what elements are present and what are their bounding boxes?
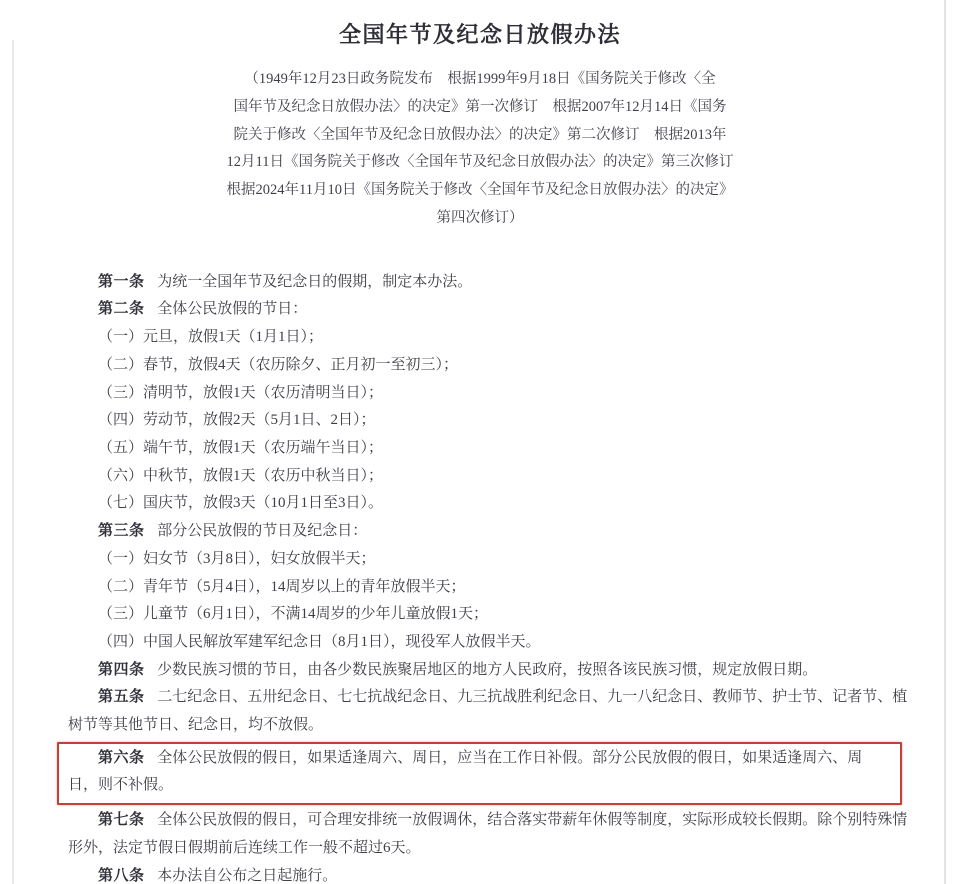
document-body: 第一条为统一全国年节及纪念日的假期，制定本办法。 第二条全体公民放假的节日： （… — [68, 269, 908, 884]
article-3-item-1: （一）妇女节（3月8日），妇女放假半天； — [68, 546, 908, 574]
article-2-item-2: （二）春节，放假4天（农历除夕、正月初一至初三）； — [68, 352, 908, 380]
article-3: 第三条部分公民放假的节日及纪念日： — [68, 518, 908, 546]
article-7: 第七条全体公民放假的假日，可合理安排统一放假调休，结合落实带薪年休假等制度，实际… — [68, 807, 908, 862]
article-1-text: 为统一全国年节及纪念日的假期，制定本办法。 — [157, 274, 472, 290]
article-2-item-7: （七）国庆节，放假3天（10月1日至3日）。 — [68, 490, 908, 518]
article-3-item-4: （四）中国人民解放军建军纪念日（8月1日），现役军人放假半天。 — [68, 629, 908, 657]
article-5-label: 第五条 — [98, 689, 145, 705]
item-text: （三）清明节，放假1天（农历清明当日）； — [98, 385, 383, 401]
item-text: （四）中国人民解放军建军纪念日（8月1日），现役军人放假半天。 — [98, 634, 541, 650]
preamble-line: 院关于修改〈全国年节及纪念日放假办法〉的决定》第二次修订 根据2013年 — [200, 122, 760, 150]
article-8-text: 本办法自公布之日起施行。 — [157, 868, 337, 884]
article-4: 第四条少数民族习惯的节日，由各少数民族聚居地区的地方人民政府，按照各该民族习惯，… — [68, 657, 908, 685]
article-3-label: 第三条 — [98, 523, 145, 539]
article-3-text: 部分公民放假的节日及纪念日： — [157, 523, 367, 539]
article-2-item-1: （一）元旦，放假1天（1月1日）； — [68, 324, 908, 352]
article-2-item-3: （三）清明节，放假1天（农历清明当日）； — [68, 380, 908, 408]
article-4-text: 少数民族习惯的节日，由各少数民族聚居地区的地方人民政府，按照各该民族习惯，规定放… — [157, 662, 817, 678]
page-edge-left — [12, 40, 14, 884]
article-2: 第二条全体公民放假的节日： — [68, 296, 908, 324]
document-title: 全国年节及纪念日放假办法 — [0, 22, 960, 48]
article-6-highlighted: 第六条全体公民放假的假日，如果适逢周六、周日，应当在工作日补假。部分公民放假的假… — [57, 742, 902, 805]
article-2-text: 全体公民放假的节日： — [157, 301, 307, 317]
preamble-line: 根据2024年11月10日《国务院关于修改〈全国年节及纪念日放假办法〉的决定》 — [200, 177, 760, 205]
article-6-text: 全体公民放假的假日，如果适逢周六、周日，应当在工作日补假。部分公民放假的假日，如… — [68, 750, 862, 794]
article-2-item-6: （六）中秋节，放假1天（农历中秋当日）； — [68, 463, 908, 491]
item-text: （一）妇女节（3月8日），妇女放假半天； — [98, 551, 376, 567]
item-text: （五）端午节，放假1天（农历端午当日）； — [98, 440, 383, 456]
item-text: （二）青年节（5月4日），14周岁以上的青年放假半天； — [98, 579, 466, 595]
article-6-label: 第六条 — [98, 750, 145, 766]
article-1: 第一条为统一全国年节及纪念日的假期，制定本办法。 — [68, 269, 908, 297]
item-text: （二）春节，放假4天（农历除夕、正月初一至初三）； — [98, 357, 458, 373]
page-edge-right — [944, 0, 946, 884]
preamble-line: 国年节及纪念日放假办法〉的决定》第一次修订 根据2007年12月14日《国务 — [200, 94, 760, 122]
article-5: 第五条二七纪念日、五卅纪念日、七七抗战纪念日、九三抗战胜利纪念日、九一八纪念日、… — [68, 684, 908, 739]
article-7-text: 全体公民放假的假日，可合理安排统一放假调休，结合落实带薪年休假等制度，实际形成较… — [68, 812, 907, 856]
article-4-label: 第四条 — [98, 662, 145, 678]
item-text: （四）劳动节，放假2天（5月1日、2日）； — [98, 412, 376, 428]
item-text: （一）元旦，放假1天（1月1日）； — [98, 329, 323, 345]
article-7-label: 第七条 — [98, 812, 145, 828]
article-3-item-3: （三）儿童节（6月1日），不满14周岁的少年儿童放假1天； — [68, 601, 908, 629]
document-preamble: （1949年12月23日政务院发布 根据1999年9月18日《国务院关于修改〈全… — [200, 66, 760, 233]
item-text: （七）国庆节，放假3天（10月1日至3日）。 — [98, 495, 383, 511]
article-3-item-2: （二）青年节（5月4日），14周岁以上的青年放假半天； — [68, 574, 908, 602]
item-text: （六）中秋节，放假1天（农历中秋当日）； — [98, 468, 383, 484]
article-2-item-4: （四）劳动节，放假2天（5月1日、2日）； — [68, 407, 908, 435]
preamble-line: （1949年12月23日政务院发布 根据1999年9月18日《国务院关于修改〈全 — [200, 66, 760, 94]
preamble-line: 12月11日《国务院关于修改〈全国年节及纪念日放假办法〉的决定》第三次修订 — [200, 149, 760, 177]
article-2-item-5: （五）端午节，放假1天（农历端午当日）； — [68, 435, 908, 463]
article-8: 第八条本办法自公布之日起施行。 — [68, 863, 908, 884]
article-8-label: 第八条 — [98, 868, 145, 884]
preamble-line: 第四次修订） — [200, 205, 760, 233]
article-1-label: 第一条 — [98, 274, 145, 290]
article-2-label: 第二条 — [98, 301, 145, 317]
item-text: （三）儿童节（6月1日），不满14周岁的少年儿童放假1天； — [98, 606, 488, 622]
article-5-text: 二七纪念日、五卅纪念日、七七抗战纪念日、九三抗战胜利纪念日、九一八纪念日、教师节… — [68, 689, 907, 733]
